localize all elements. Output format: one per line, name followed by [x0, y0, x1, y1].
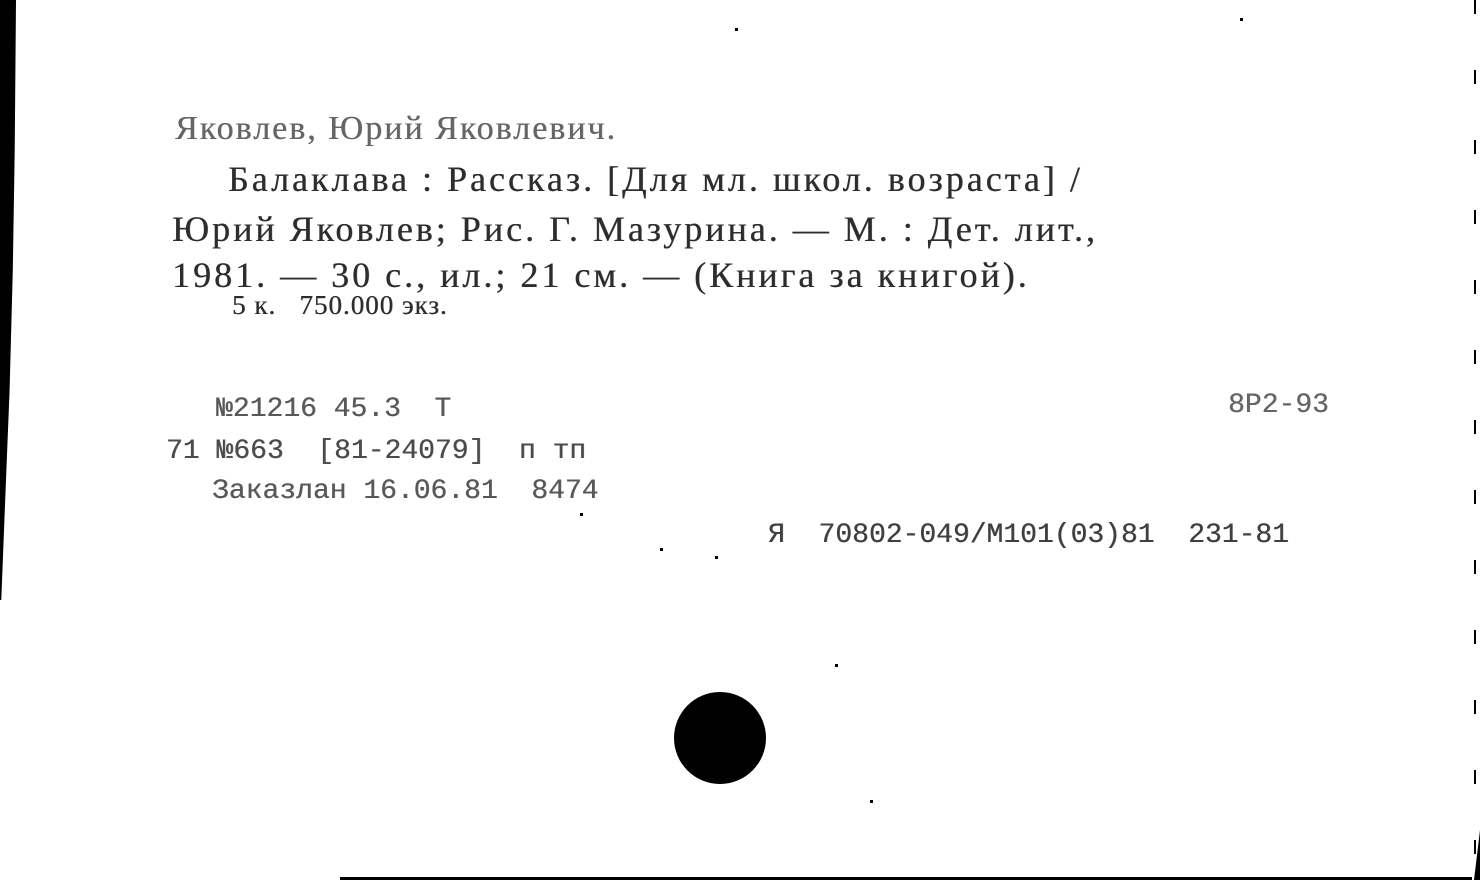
scan-edge-right: [1474, 0, 1476, 870]
card-heading-author: Яковлев, Юрий Яковлевич.: [175, 110, 617, 148]
description-line-2: Юрий Яковлев; Рис. Г. Мазурина. — М. : Д…: [172, 208, 1098, 250]
classification-line-1: №21216 45.3 Т: [216, 394, 451, 425]
price-and-print-run: 5 к. 750.000 экз.: [232, 290, 448, 321]
catalog-card: Яковлев, Юрий Яковлевич. Балаклава : Рас…: [0, 0, 1480, 880]
scan-speck: [870, 800, 873, 803]
scan-speck: [835, 664, 838, 667]
scan-speck: [715, 556, 718, 559]
scan-speck: [1240, 18, 1243, 21]
publisher-code: Я 70802-049/М101(03)81 231-81: [768, 520, 1289, 551]
punch-hole-icon: [674, 692, 766, 784]
order-date-line: Заказлан 16.06.81 8474: [212, 476, 598, 507]
classification-code-right: 8Р2-93: [1228, 390, 1329, 421]
classification-line-2: 71 №663 [81-24079] п тп: [166, 436, 586, 467]
scan-speck: [735, 28, 738, 31]
scan-edge-left: [0, 0, 16, 600]
scan-speck: [660, 548, 663, 551]
description-line-1: Балаклава : Рассказ. [Для мл. школ. возр…: [228, 158, 1083, 200]
scan-speck: [580, 513, 583, 516]
